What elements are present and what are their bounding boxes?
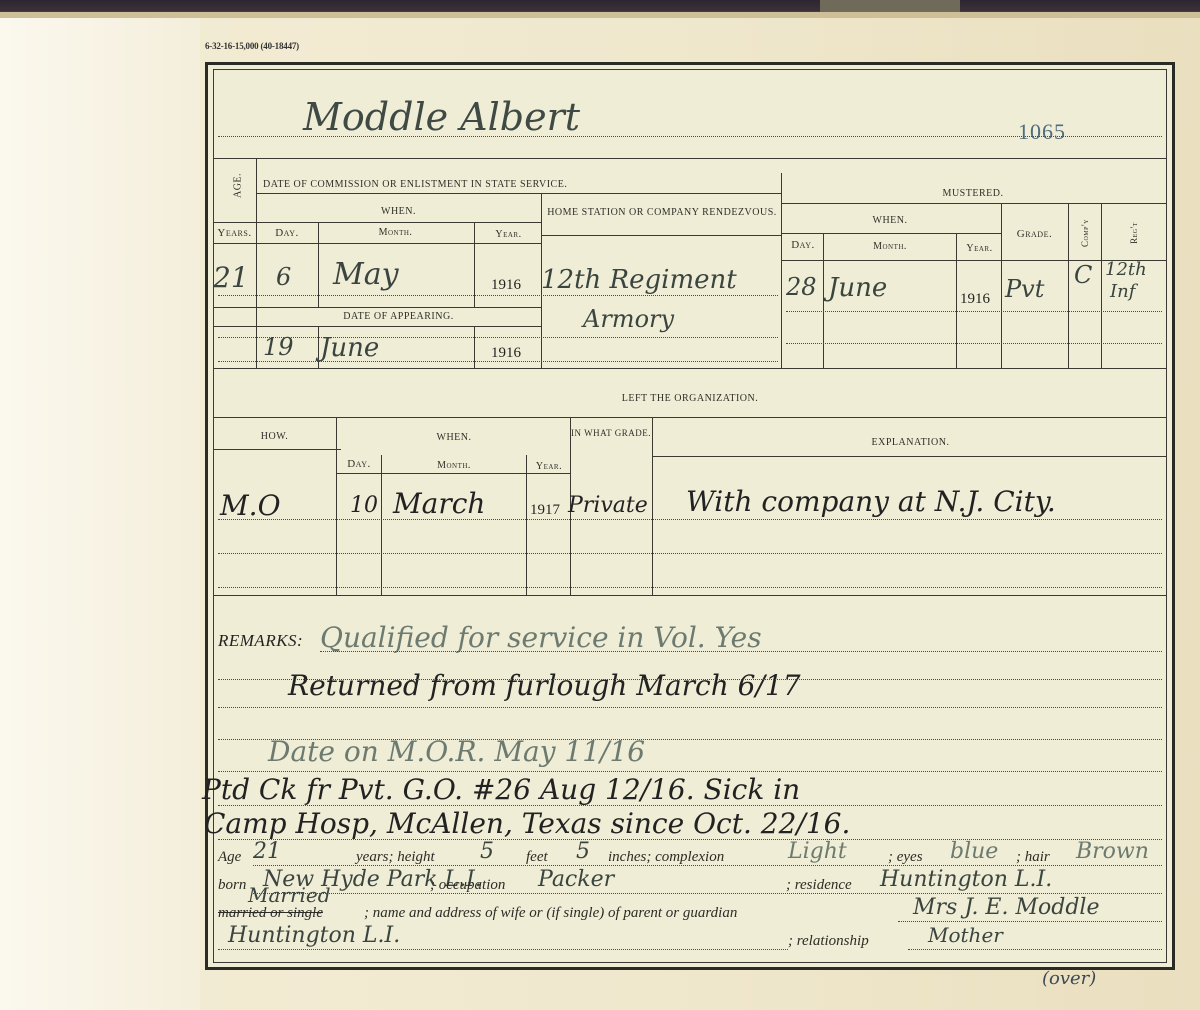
home-station-line2: Armory	[583, 305, 674, 333]
left-day: 10	[350, 493, 378, 518]
description-age: 21	[253, 839, 281, 864]
left-grade-label: In what grade.	[570, 428, 652, 438]
age-label: Age.	[233, 166, 244, 206]
description-line	[253, 893, 1162, 894]
residence: Huntington L.I.	[880, 867, 1052, 892]
enlistment-age: 21	[213, 261, 249, 294]
description-line	[218, 949, 788, 950]
mustered-day: 28	[786, 273, 817, 301]
remark-line-5: Camp Hosp, McAllen, Texas since Oct. 22/…	[204, 807, 850, 840]
book-spine	[820, 0, 960, 12]
divider	[336, 473, 570, 474]
description-line	[908, 949, 1162, 950]
marital-status: Married	[248, 883, 331, 907]
divider	[256, 193, 781, 194]
explanation-label: Explanation.	[654, 437, 1167, 448]
divider	[213, 307, 541, 308]
remark-line-2: Returned from furlough March 6/17	[288, 669, 801, 702]
age-prompt: Age	[218, 849, 241, 866]
years-label: Years.	[213, 227, 256, 239]
soldier-name: Moddle Albert	[303, 95, 580, 139]
mustered-year: 1916	[960, 291, 990, 308]
divider	[541, 235, 781, 236]
remarks-line	[218, 839, 1162, 840]
left-year: 1917	[530, 502, 560, 519]
occupation: Packer	[538, 867, 614, 892]
remarks-line	[218, 707, 1162, 708]
divider	[213, 243, 541, 244]
hair: Brown	[1076, 839, 1149, 864]
col-line	[823, 233, 824, 368]
entry-line	[218, 295, 778, 296]
enlistment-day-label: Day.	[256, 227, 318, 239]
description-line	[898, 921, 1162, 922]
mustered-company: C	[1074, 261, 1092, 289]
over-note: (over)	[1042, 968, 1096, 989]
remark-line-1: Qualified for service in Vol. Yes	[320, 621, 762, 654]
left-page-margin	[0, 18, 200, 1010]
name-line	[218, 136, 1162, 137]
left-how: M.O	[220, 489, 281, 522]
left-when-label: When.	[338, 432, 570, 443]
enlistment-when-label: When.	[256, 206, 541, 217]
remarks-line	[218, 771, 1162, 772]
left-explanation: With company at N.J. City.	[686, 485, 1056, 518]
occupation-prompt: ; occupation	[430, 877, 505, 894]
feet-prompt: feet	[526, 849, 548, 866]
home-station-line1: 12th Regiment	[541, 265, 737, 295]
col-line	[956, 233, 957, 368]
divider	[213, 595, 1167, 596]
divider	[781, 233, 1001, 234]
divider	[213, 158, 1167, 159]
col-line	[652, 417, 653, 595]
left-org-section-title: Left the organization.	[213, 393, 1167, 404]
entry-line	[218, 337, 778, 338]
mustered-regiment-line1: 12th	[1105, 259, 1147, 280]
remarks-line	[320, 651, 1162, 652]
marital-prompt-struck: married or single	[218, 905, 323, 922]
enlistment-day: 6	[276, 263, 291, 291]
mustered-regiment-line2: Inf	[1110, 281, 1135, 302]
left-year-label: Year.	[528, 461, 570, 472]
left-month: March	[393, 487, 485, 520]
born-prompt: born	[218, 877, 246, 894]
divider	[213, 326, 541, 327]
height-feet: 5	[480, 839, 494, 864]
home-station-label: Home station or company rendezvous.	[543, 208, 781, 218]
remark-line-3: Date on M.O.R. May 11/16	[268, 735, 645, 768]
remarks-line	[218, 805, 1162, 806]
appearing-label: Date of appearing.	[256, 311, 541, 322]
complexion: Light	[788, 839, 847, 864]
enlistment-month: May	[333, 257, 399, 292]
relationship-prompt: ; relationship	[788, 933, 869, 950]
print-code: 6-32-16-15,000 (40-18447)	[205, 41, 299, 51]
divider	[213, 222, 541, 223]
guardian-name: Mrs J. E. Moddle	[913, 895, 1099, 920]
mustered-day-label: Day.	[783, 239, 823, 251]
guardian-address: Huntington L.I.	[228, 923, 400, 948]
remarks-line	[218, 679, 1162, 680]
eyes-prompt: ; eyes	[888, 849, 923, 866]
inches-complexion-prompt: inches; complexion	[608, 849, 724, 866]
company-label: Comp'y	[1080, 213, 1090, 253]
entry-line	[218, 519, 1162, 520]
service-record-card: Moddle Albert 1065 Age. Date of commissi…	[205, 62, 1175, 970]
eyes: blue	[950, 839, 998, 864]
height-inches: 5	[576, 839, 590, 864]
mustered-month-label: Month.	[825, 241, 955, 252]
mustered-grade: Pvt	[1005, 275, 1044, 303]
divider	[652, 456, 1167, 457]
divider	[213, 368, 1167, 369]
left-how-label: How.	[213, 431, 336, 442]
entry-line	[218, 361, 778, 362]
remarks-label: REMARKS:	[218, 631, 303, 651]
entry-line	[786, 311, 1162, 312]
divider	[213, 417, 1167, 418]
enlistment-section-title: Date of commission or enlistment in stat…	[263, 179, 567, 190]
enlistment-year-label: Year.	[476, 229, 541, 240]
entry-line	[786, 343, 1162, 344]
enlistment-month-label: Month.	[318, 227, 473, 238]
mustered-section-title: Mustered.	[783, 188, 1163, 199]
col-line	[336, 417, 337, 595]
book-top-edge	[0, 0, 1200, 18]
serial-number: 1065	[1018, 119, 1066, 145]
mustered-year-label: Year.	[958, 243, 1001, 254]
mustered-when-label: When.	[781, 215, 999, 226]
enlistment-year: 1916	[491, 277, 521, 294]
remark-line-4: Ptd Ck fr Pvt. G.O. #26 Aug 12/16. Sick …	[202, 773, 800, 806]
entry-line	[218, 587, 1162, 588]
regiment-label: Reg't	[1129, 213, 1139, 253]
col-line	[381, 455, 382, 595]
guardian-prompt: ; name and address of wife or (if single…	[364, 905, 737, 922]
relationship: Mother	[928, 923, 1003, 947]
grade-label: Grade.	[1001, 228, 1068, 240]
divider	[781, 203, 1167, 204]
residence-prompt: ; residence	[786, 877, 852, 894]
col-line	[526, 455, 527, 595]
left-day-label: Day.	[338, 458, 380, 470]
description-line	[253, 865, 1162, 866]
divider	[213, 449, 341, 450]
mustered-month: June	[828, 273, 887, 303]
left-grade: Private	[568, 493, 648, 518]
left-month-label: Month.	[383, 460, 525, 471]
hair-prompt: ; hair	[1016, 849, 1050, 866]
entry-line	[218, 553, 1162, 554]
appearing-year: 1916	[491, 345, 521, 362]
years-height-prompt: years; height	[356, 849, 435, 866]
